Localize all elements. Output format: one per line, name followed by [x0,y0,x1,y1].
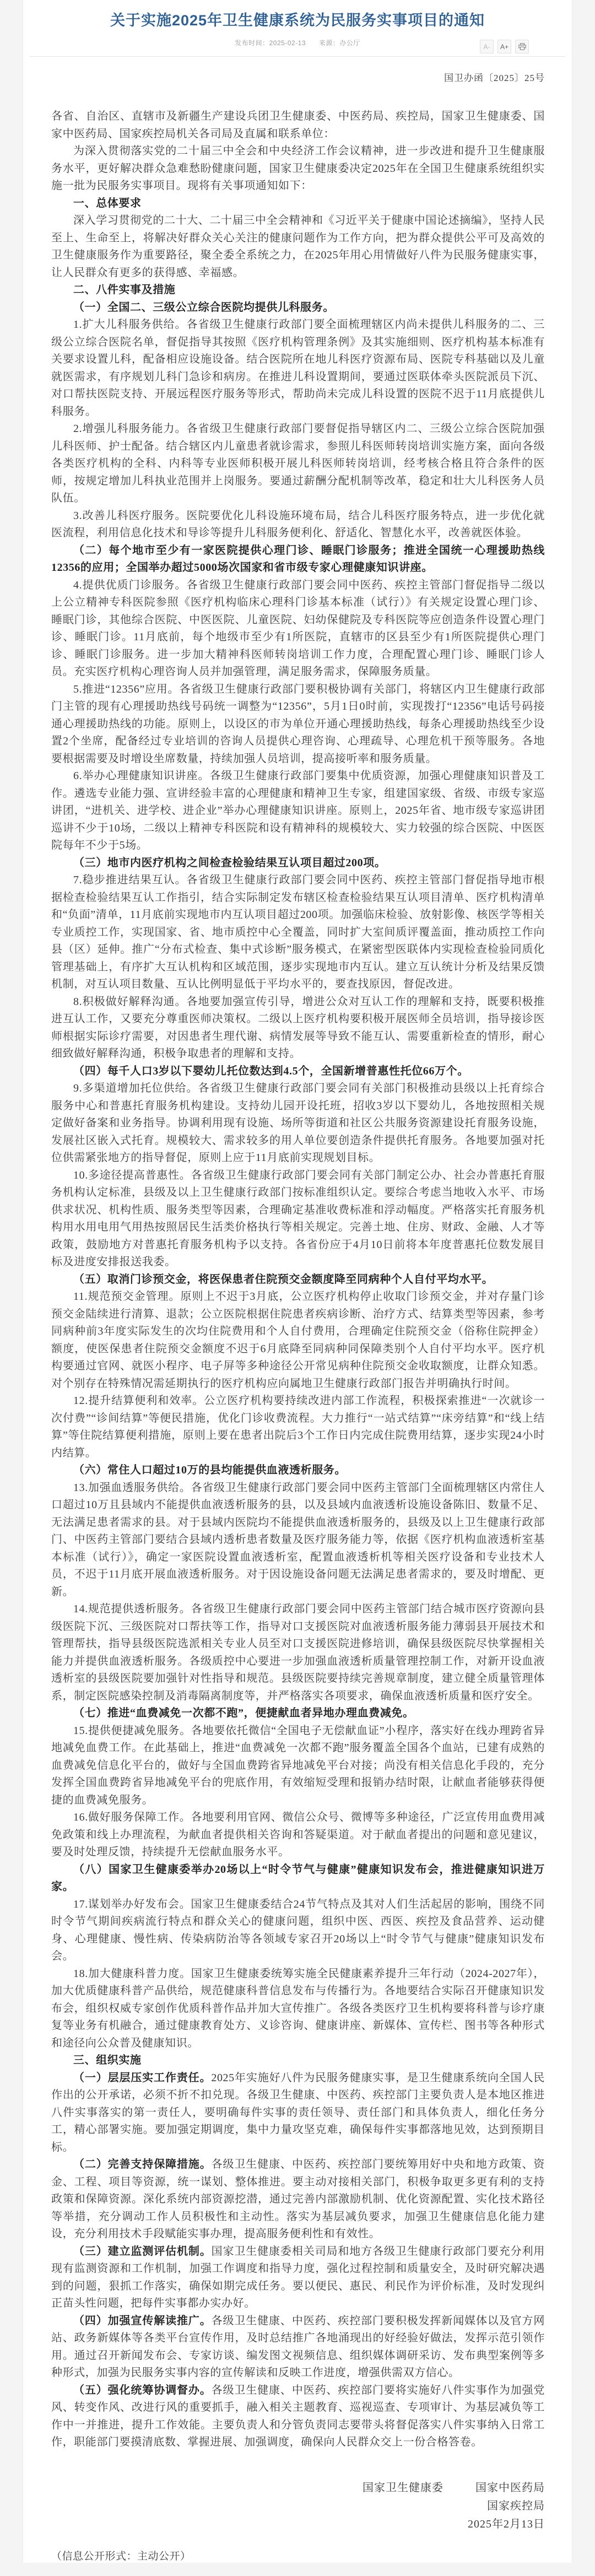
article-header: 关于实施2025年卫生健康系统为民服务实事项目的通知 发布时间：2025-02-… [23,11,572,57]
section-heading: 一、总体要求 [51,195,545,213]
font-increase-button[interactable]: A+ [497,40,511,53]
doc-number: 国卫办函〔2025〕25号 [51,70,545,84]
paragraph: 5.推进“12356”应用。各省级卫生健康行政部门要积极协调有关部门，将辖区内卫… [51,681,545,768]
publish-time: 发布时间：2025-02-13 [235,39,306,47]
section-heading: （四）每千人口3岁以下婴幼儿托位数达到4.5个，全国新增普惠性托位66万个。 [51,1063,545,1081]
paragraph: 3.改善儿科医疗服务。医院要优化儿科设施环境布局，结合儿科医疗服务特点，进一步优… [51,507,545,542]
paragraph: 为深入贯彻落实党的二十届三中全会和中央经济工作会议精神，进一步改进和提升卫生健康… [51,143,545,195]
signature-date: 2025年2月13日 [51,2515,545,2534]
signer-3: 国家疾控局 [51,2497,545,2515]
signature-block: 国家卫生健康委国家中医药局 国家疾控局 2025年2月13日 [51,2479,545,2534]
section-heading: （七）推进“血费减免一次都不跑”，便捷献血者异地办理血费减免。 [51,1705,545,1722]
paragraph: 8.积极做好解释沟通。各地要加强宣传引导，增进公众对互认工作的理解和支持，既要积… [51,993,545,1063]
paragraph-lead: （四）加强宣传解读推广。 [73,2315,212,2327]
paragraph: （五）强化统筹协调督办。各级卫生健康、中医药、疾控部门要将实施好八件实事作为加强… [51,2382,545,2451]
disclosure-note: （信息公开形式：主动公开） [51,2548,545,2563]
paragraph: （一）层层压实工作责任。2025年实施好八件为民服务健康实事，是卫生健康系统向全… [51,2070,545,2157]
paragraph: 9.多渠道增加托位供给。各省级卫生健康行政部门要会同有关部门积极推动县级以上托育… [51,1080,545,1167]
paragraph: （二）完善支持保障措施。各级卫生健康、中医药、疾控部门要统筹用好中央和地方政策、… [51,2156,545,2243]
font-decrease-button[interactable]: A- [480,40,494,53]
page-title: 关于实施2025年卫生健康系统为民服务实事项目的通知 [56,11,539,30]
paragraph-lead: （二）完善支持保障措施。 [73,2158,212,2170]
paragraph-lead: （一）层层压实工作责任。 [73,2072,211,2084]
paragraph: （四）加强宣传解读推广。各级卫生健康、中医药、疾控部门要积极发挥新闻媒体以及官方… [51,2313,545,2382]
paragraph: 各省、自治区、直辖市及新疆生产建设兵团卫生健康委、中医药局、疾控局，国家卫生健康… [51,108,545,143]
paragraph: 17.谋划举办好发布会。国家卫生健康委结合24节气特点及其对人们生活起居的影响，… [51,1896,545,1965]
paragraph: 16.做好服务保障工作。各地要利用官网、微信公众号、微博等多种途径，广泛宣传用血… [51,1809,545,1861]
font-size-toolbar: A- A+ [480,40,529,53]
printer-icon [518,43,526,50]
section-heading: （二）每个地市至少有一家医院提供心理门诊、睡眠门诊服务；推进全国统一心理援助热线… [51,542,545,577]
paragraph: 2.增强儿科服务能力。各省级卫生健康行政部门要督促指导辖区内二、三级公立综合医院… [51,420,545,507]
document-body: 各省、自治区、直辖市及新疆生产建设兵团卫生健康委、中医药局、疾控局，国家卫生健康… [51,108,545,2451]
header-divider [30,56,565,57]
article-source: 来源：办公厅 [319,39,360,47]
paragraph: 4.提供优质门诊服务。各省级卫生健康行政部门要会同中医药、疾控主管部门督促指导二… [51,577,545,681]
print-button[interactable] [515,40,529,53]
section-heading: （八）国家卫生健康委举办20场以上“时令节气与健康”健康知识发布会，推进健康知识… [51,1861,545,1896]
signer-1: 国家卫生健康委 [363,2482,443,2494]
section-heading: （一）全国二、三级公立综合医院均提供儿科服务。 [51,299,545,317]
section-heading: （六）常住人口超过10万的县均能提供血液透析服务。 [51,1462,545,1479]
paragraph: 深入学习贯彻党的二十大、二十届三中全会精神和《习近平关于健康中国论述摘编》，坚持… [51,212,545,282]
article-content: 国卫办函〔2025〕25号 各省、自治区、直辖市及新疆生产建设兵团卫生健康委、中… [23,70,572,2563]
paragraph: （三）建立监测评估机制。国家卫生健康委相关司局和地方各级卫生健康行政部门要充分利… [51,2243,545,2313]
section-heading: （五）取消门诊预交金，将医保患者住院预交金额度降至同病种个人自付平均水平。 [51,1271,545,1289]
paragraph: 12.提升结算便利和效率。公立医疗机构要持续改进内部工作流程，积极探索推进“一次… [51,1392,545,1462]
paragraph-lead: （三）建立监测评估机制。 [73,2245,212,2258]
paragraph: 7.稳步推进结果互认。各省级卫生健康行政部门要会同中医药、疾控主管部门督促指导地… [51,872,545,993]
section-heading: 二、八件实事及措施 [51,282,545,299]
paragraph: 15.提供便捷减免服务。各地要依托微信“全国电子无偿献血证”小程序，落实好在线办… [51,1722,545,1810]
signature-line-1: 国家卫生健康委国家中医药局 [51,2479,545,2497]
paragraph: 10.多途径提高普惠性。各省级卫生健康行政部门要会同有关部门制定公办、社会办普惠… [51,1167,545,1271]
paragraph: 18.加大健康科普力度。国家卫生健康委统筹实施全民健康素养提升三年行动（2024… [51,1965,545,2053]
paragraph: 13.加强血透服务供给。各省级卫生健康行政部门要会同中医药主管部门全面梳理辖区内… [51,1479,545,1601]
section-heading: 三、组织实施 [51,2052,545,2070]
signer-2: 国家中医药局 [475,2482,545,2494]
article-page: 关于实施2025年卫生健康系统为民服务实事项目的通知 发布时间：2025-02-… [23,0,572,2563]
paragraph-lead: （五）强化统筹协调督办。 [73,2384,212,2396]
paragraph: 1.扩大儿科服务供给。各省级卫生健康行政部门要全面梳理辖区内尚未提供儿科服务的二… [51,316,545,420]
paragraph: 11.规范预交金管理。原则上不迟于3月底，公立医疗机构停止收取门诊预交金，并对存… [51,1288,545,1392]
paragraph: 14.规范提供透析服务。各省级卫生健康行政部门要会同中医药主管部门结合城市医疗资… [51,1601,545,1705]
section-heading: （三）地市内医疗机构之间检查检验结果互认项目超过200项。 [51,855,545,872]
paragraph: 6.举办心理健康知识讲座。各级卫生健康行政部门要集中优质资源，加强心理健康知识普… [51,768,545,855]
